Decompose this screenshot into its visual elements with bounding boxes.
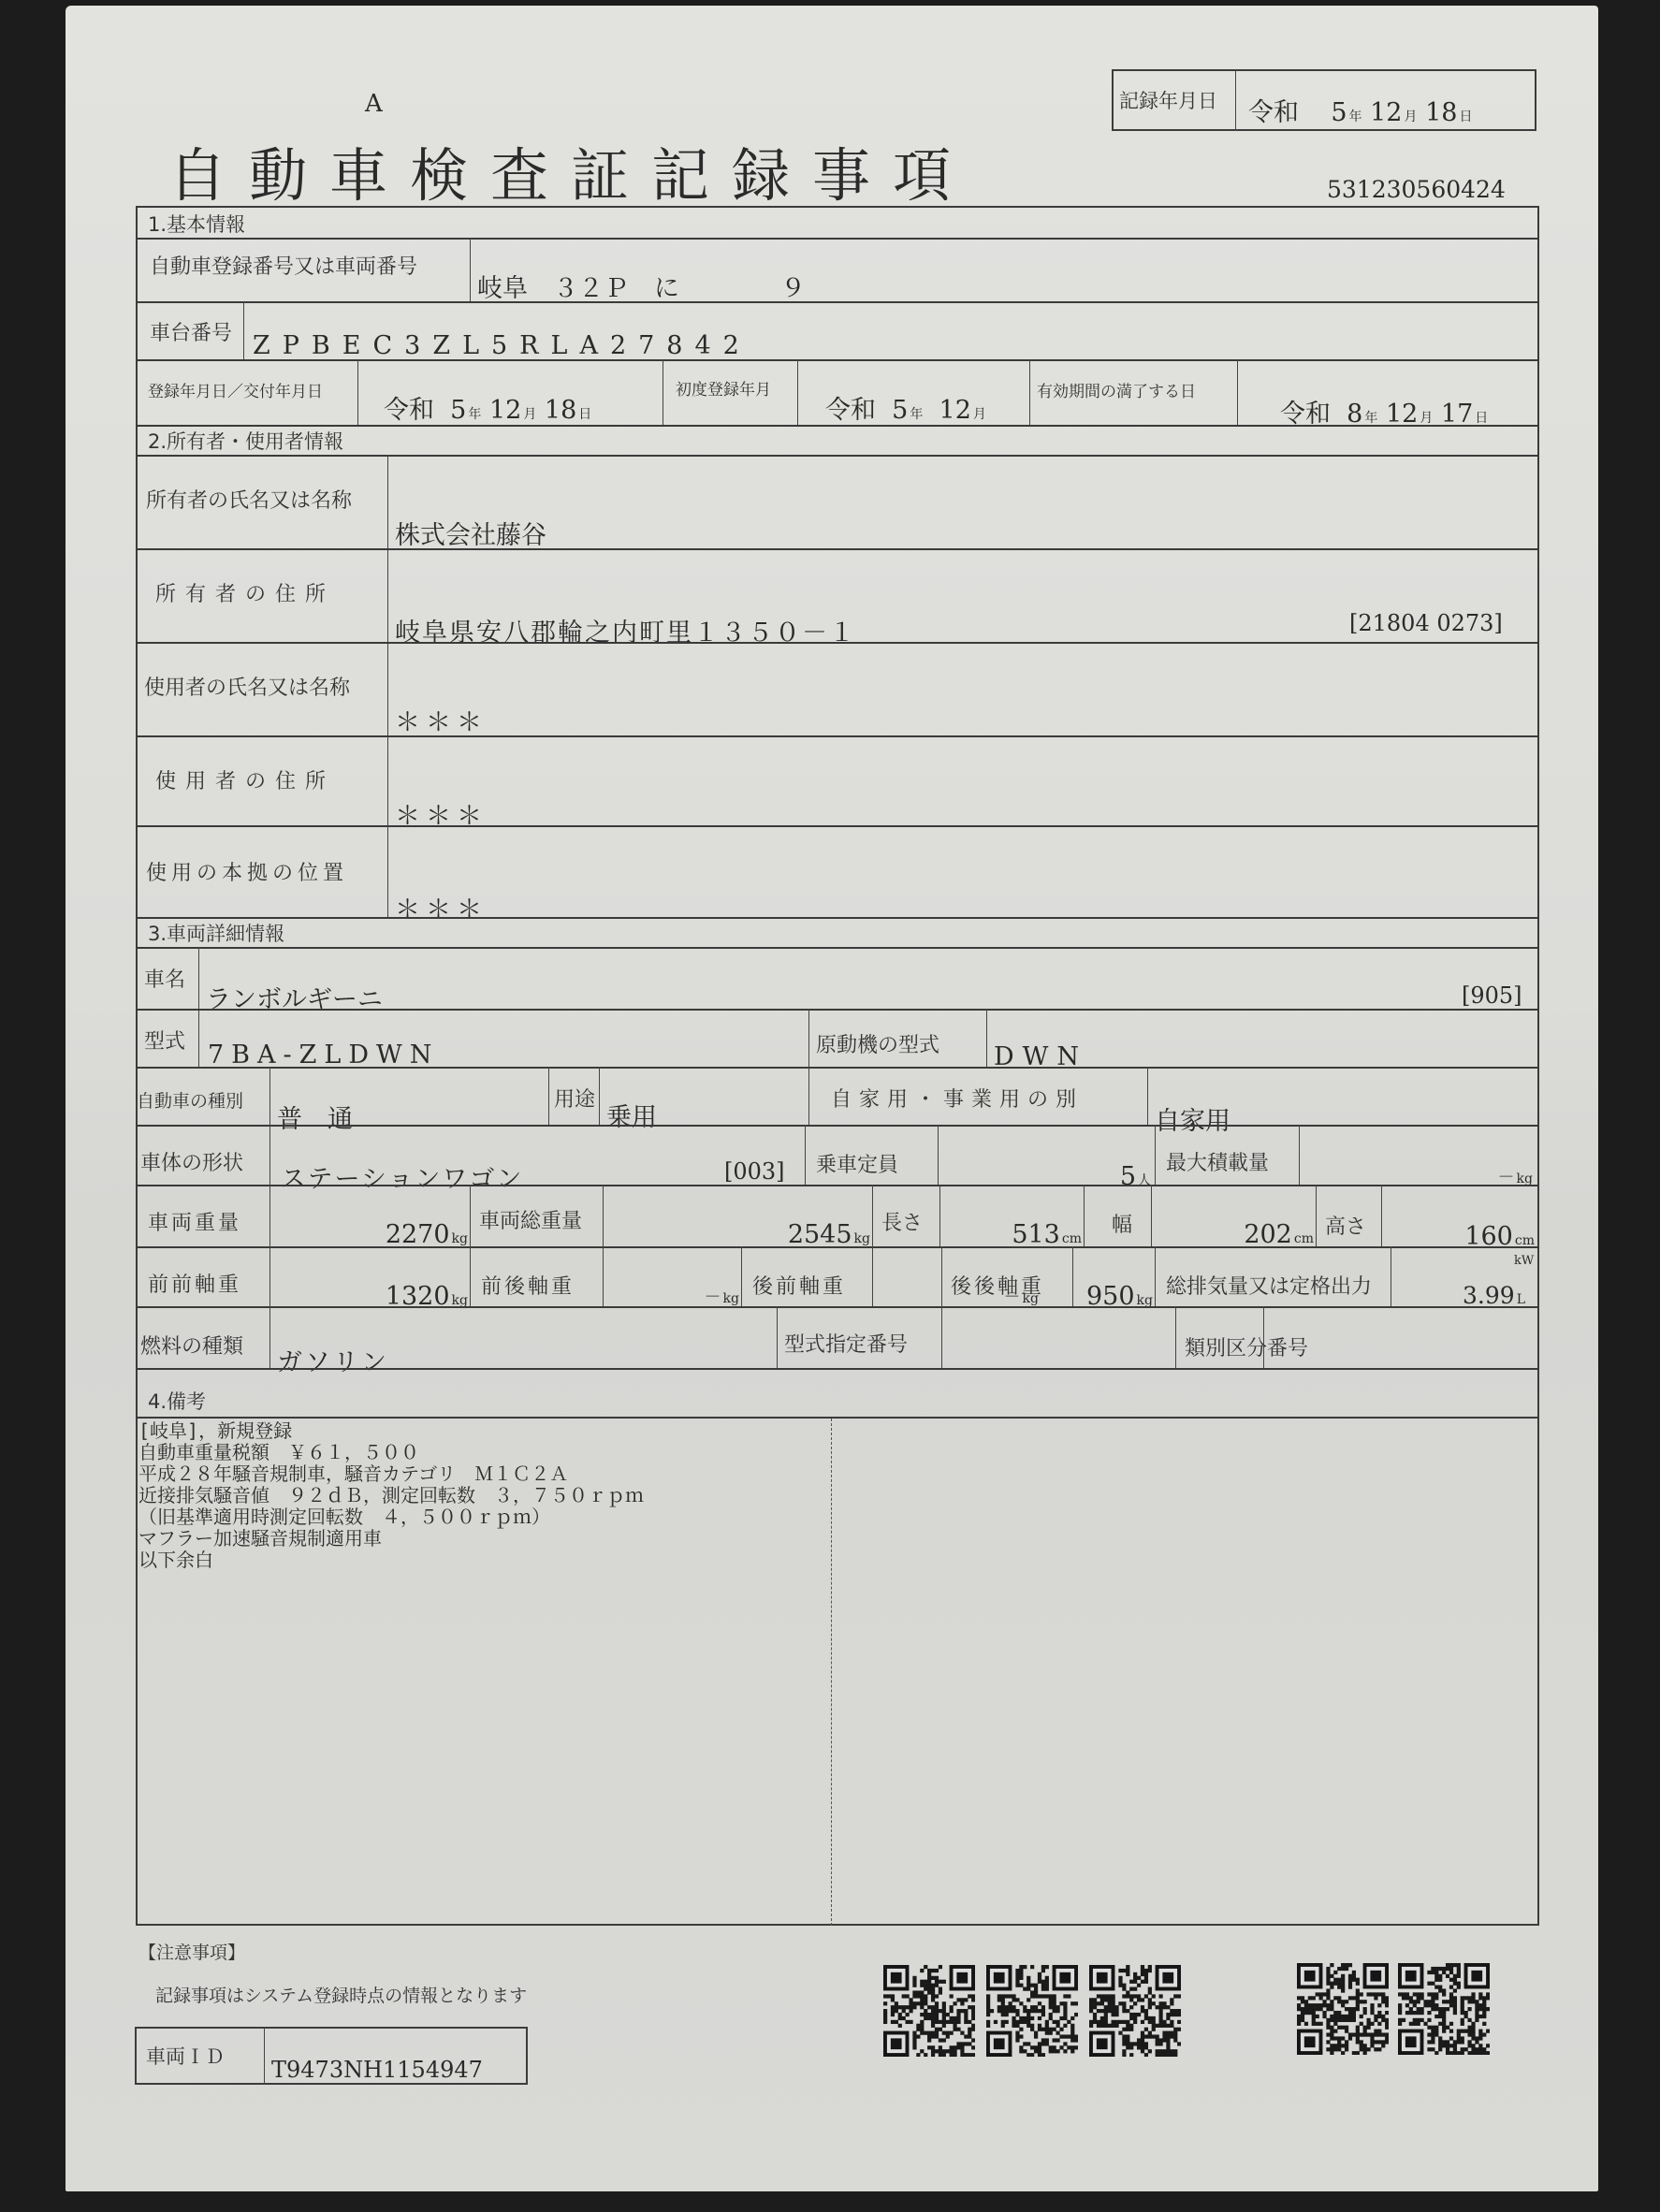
gross-weight: 2545kg [646, 1220, 870, 1249]
base-location-label: 使用の本拠の位置 [146, 857, 348, 886]
first-registration-date: 令和 5年 12月 [825, 389, 986, 426]
capacity: 5人 [1001, 1162, 1151, 1191]
gross-weight-label: 車両総重量 [479, 1205, 582, 1234]
max-load-label: 最大積載量 [1166, 1147, 1269, 1176]
type-designation-label: 型式指定番号 [784, 1329, 908, 1358]
registration-date-label: 登録年月日／交付年月日 [148, 378, 323, 401]
chassis-number-label: 車台番号 [150, 317, 232, 346]
chassis-number: ZPBEC3ZL5RLA27842 [253, 331, 751, 360]
vehicle-type-label: 自動車の種別 [137, 1087, 243, 1113]
private-business: 自家用 [1155, 1100, 1230, 1137]
qr-code-5 [1398, 1963, 1490, 2055]
serial-number: 531230560424 [1327, 176, 1506, 203]
registration-number-label: 自動車登録番号又は車両番号 [150, 251, 417, 280]
fuel: ガソリン [277, 1342, 389, 1378]
qr-code-2 [986, 1965, 1078, 2057]
inspection-certificate-sheet: A 自動車検査証記録事項 記録年月日 令和 5年 12月 18日 5312305… [66, 6, 1598, 2191]
width: 202cm [1188, 1220, 1314, 1249]
body-shape: ステーションワゴン [281, 1158, 523, 1195]
length: 513cm [954, 1220, 1082, 1249]
section-1-title: 1.基本情報 [148, 210, 245, 238]
notes-title: 【注意事項】 [138, 1939, 245, 1964]
width-label: 幅 [1112, 1209, 1132, 1238]
user-name-label: 使用者の氏名又は名称 [144, 672, 350, 701]
form-code: A [365, 90, 383, 118]
vehicle-id: T9473NH1154947 [271, 2057, 483, 2083]
qr-code-4 [1297, 1963, 1389, 2055]
section-4-title: 4.備考 [148, 1387, 206, 1415]
private-business-label: 自家用・事業用の別 [831, 1084, 1084, 1113]
remarks-text: [岐阜]，新規登録自動車重量税額 ￥６１，５００平成２８年騒音規制車，騒音カテゴ… [138, 1420, 644, 1571]
fr-axle: －kg [608, 1284, 739, 1308]
qr-code-3 [1089, 1965, 1181, 2057]
displacement-label: 総排気量又は定格出力 [1166, 1271, 1372, 1300]
purpose-label: 用途 [554, 1084, 595, 1113]
record-date-value: 令和 5年 12月 18日 [1248, 92, 1472, 128]
user-name: ＊＊＊ [395, 702, 488, 738]
vehicle-weight: 2270kg [290, 1220, 468, 1249]
document-title: 自動車検査証記録事項 [168, 129, 973, 212]
displacement: 3.99L [1394, 1282, 1525, 1309]
registration-number: 岐阜 ３２Ｐ に ９ [477, 268, 806, 304]
model: 7BA-ZLDWN [208, 1041, 439, 1070]
section-2-title: 2.所有者・使用者情報 [148, 427, 343, 455]
capacity-label: 乗車定員 [816, 1149, 898, 1178]
model-label: 型式 [144, 1026, 185, 1055]
qr-code-1 [883, 1965, 975, 2057]
first-registration-label: 初度登録年月 [676, 376, 771, 400]
vehicle-weight-label: 車両重量 [148, 1207, 241, 1236]
fr-axle-label: 前後軸重 [481, 1271, 575, 1300]
vehicle-id-label: 車両ＩＤ [146, 2042, 225, 2070]
expiry-date-label: 有効期間の満了する日 [1037, 378, 1196, 401]
notes-text: 記録事項はシステム登録時点の情報となります [155, 1982, 527, 2007]
rf-axle-label: 後前軸重 [752, 1271, 846, 1300]
car-name-label: 車名 [144, 964, 185, 993]
section-3-title: 3.車両詳細情報 [148, 919, 284, 947]
body-shape-label: 車体の形状 [140, 1147, 243, 1176]
owner-address-label: 所有者の住所 [155, 578, 335, 607]
car-name-code: [905] [1462, 982, 1522, 1009]
engine-model-label: 原動機の型式 [816, 1029, 939, 1058]
length-label: 長さ [881, 1207, 923, 1236]
ff-axle-label: 前前軸重 [148, 1269, 241, 1298]
record-date-label: 記録年月日 [1119, 86, 1217, 114]
registration-date: 令和 5年 12月 18日 [384, 389, 591, 426]
owner-name-label: 所有者の氏名又は名称 [146, 485, 352, 514]
vehicle-type: 普 通 [277, 1099, 353, 1135]
owner-address-code: [21804 0273] [1349, 610, 1503, 636]
owner-name: 株式会社藤谷 [395, 515, 546, 551]
category-number-label: 類別区分番号 [1185, 1332, 1308, 1361]
purpose: 乗用 [606, 1097, 657, 1133]
body-shape-code: [003] [724, 1158, 785, 1185]
rr-axle-label: 後後軸重 [951, 1271, 1044, 1300]
height-label: 高さ [1325, 1211, 1366, 1240]
user-address-label: 使用者の住所 [155, 765, 335, 794]
kw-unit: kW [1514, 1254, 1534, 1268]
fuel-label: 燃料の種類 [140, 1331, 243, 1360]
base-location: ＊＊＊ [395, 889, 488, 925]
